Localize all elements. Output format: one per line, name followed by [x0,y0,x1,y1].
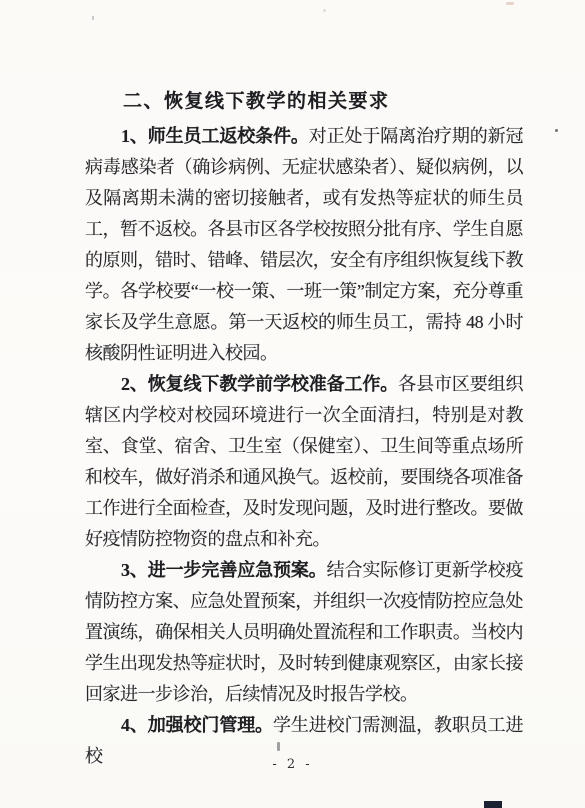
section-heading: 二、恢复线下教学的相关要求 [85,86,523,113]
paragraph-2: 2、恢复线下教学前学校准备工作。各县市区要组织辖区内学校对校园环境进行一次全面清… [85,369,523,555]
paragraph-4-lead: 4、加强校门管理。 [121,715,273,735]
scanned-document-page: 二、恢复线下教学的相关要求 1、师生员工返校条件。对正处于隔离治疗期的新冠病毒感… [0,0,585,808]
scan-artifact-speck [92,16,94,20]
scan-artifact-ink-block [484,801,502,808]
paragraph-1: 1、师生员工返校条件。对正处于隔离治疗期的新冠病毒感染者（确诊病例、无症状感染者… [85,121,523,369]
paragraph-3: 3、进一步完善应急预案。结合实际修订更新学校疫情防控方案、应急处置预案，并组织一… [85,555,523,710]
scan-artifact-speck [277,742,280,751]
paragraph-1-text: 对正处于隔离治疗期的新冠病毒感染者（确诊病例、无症状感染者）、疑似病例，以及隔离… [85,126,523,363]
scan-artifact-speck [323,9,326,12]
paragraph-2-lead: 2、恢复线下教学前学校准备工作。 [121,374,398,394]
paragraph-2-text: 各县市区要组织辖区内学校对校园环境进行一次全面清扫，特别是对教室、食堂、宿舍、卫… [85,374,523,549]
scan-artifact-speck [506,2,514,5]
scan-artifact-dot [555,129,558,132]
paragraph-3-lead: 3、进一步完善应急预案。 [121,560,327,580]
page-number: - 2 - [0,757,585,772]
document-content: 二、恢复线下教学的相关要求 1、师生员工返校条件。对正处于隔离治疗期的新冠病毒感… [85,86,523,772]
paragraph-1-lead: 1、师生员工返校条件。 [121,126,309,146]
paragraph-3-text: 结合实际修订更新学校疫情防控方案、应急处置预案，并组织一次疫情防控应急处置演练，… [85,560,523,704]
